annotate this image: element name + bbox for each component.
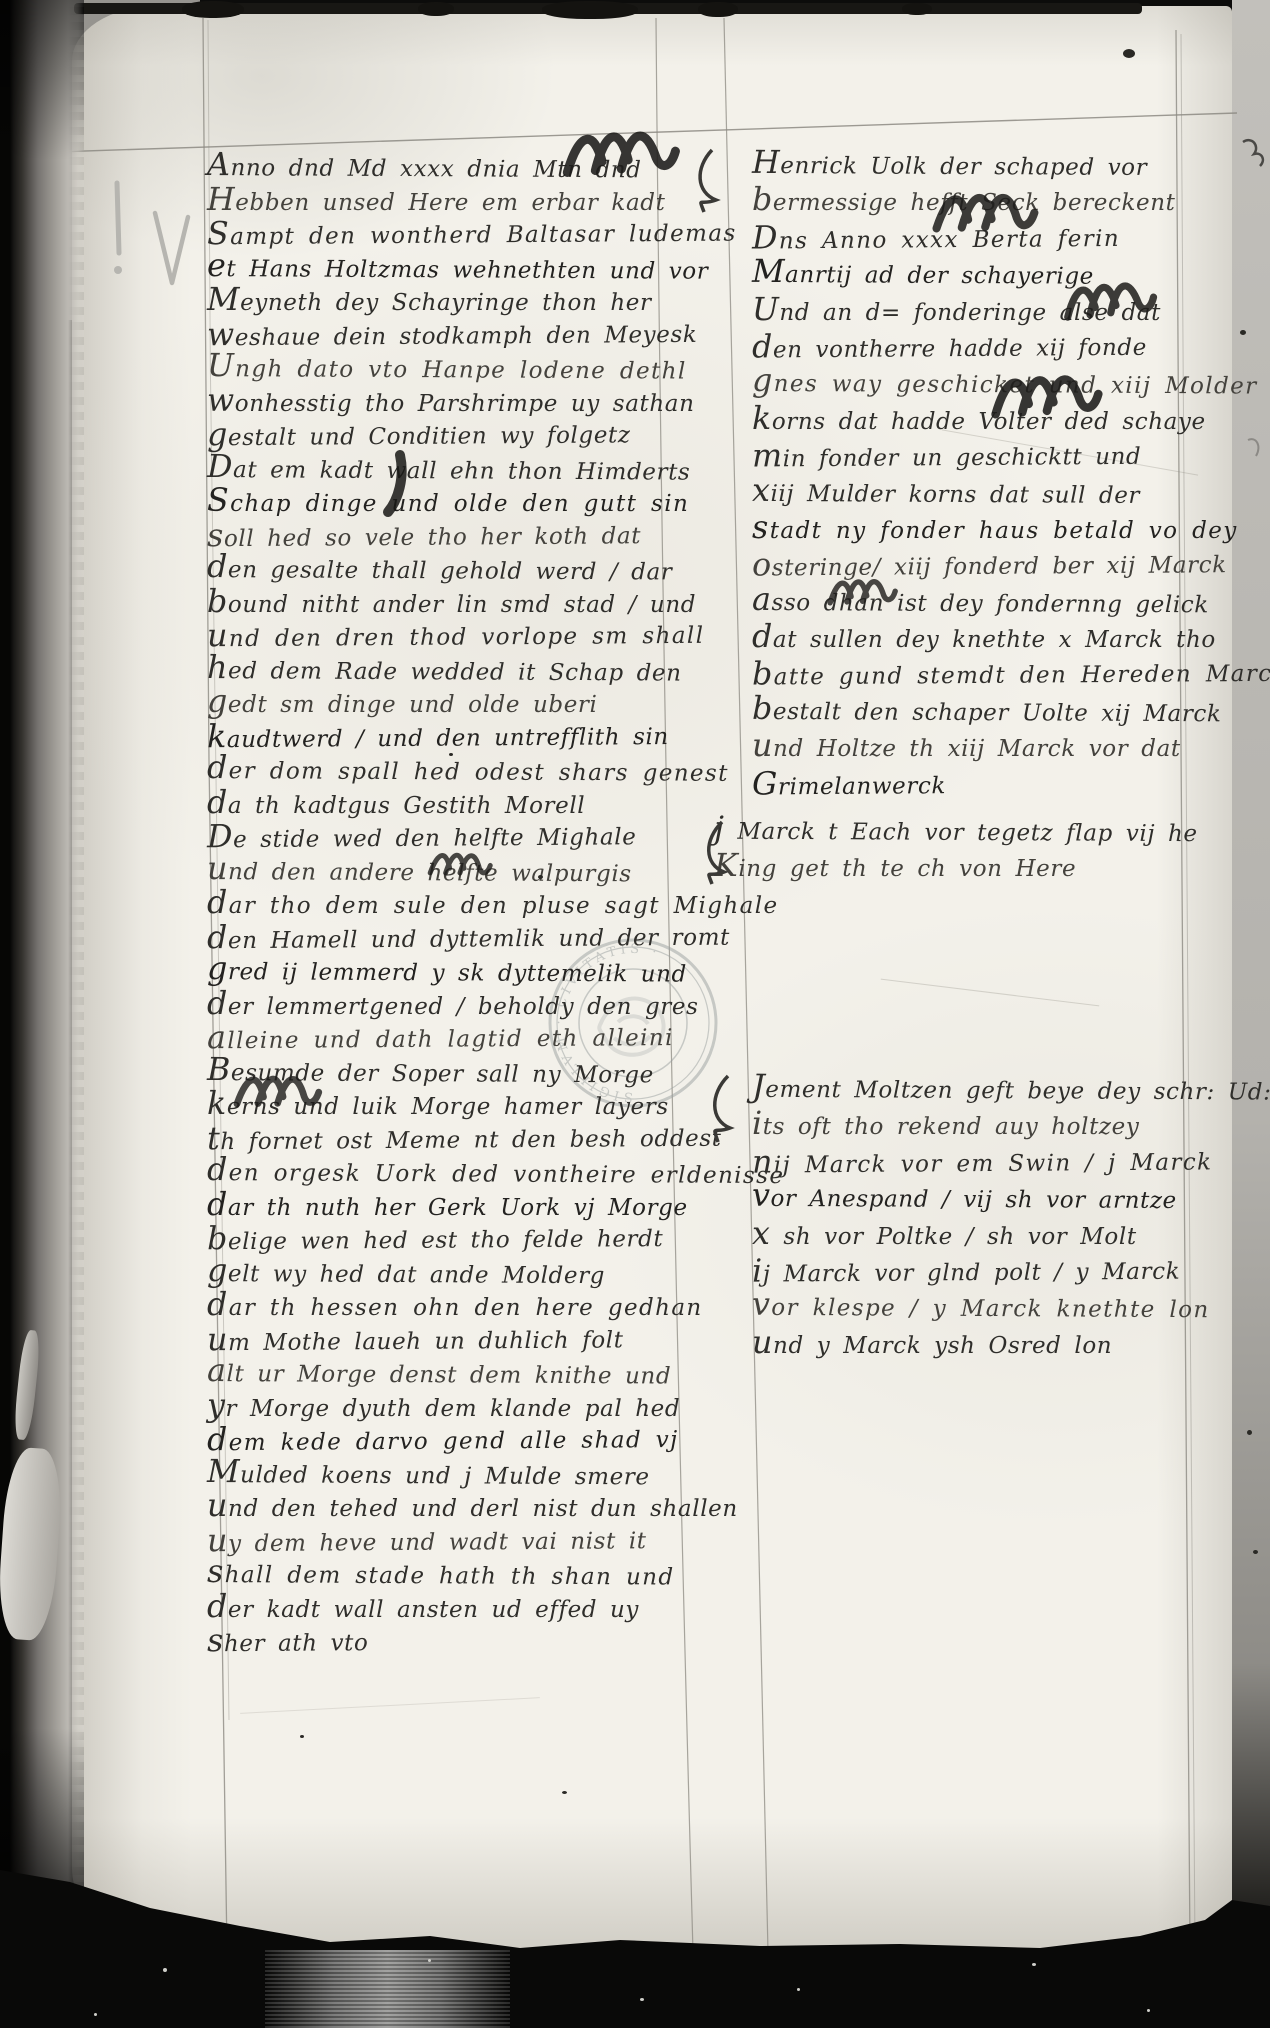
dust-speck xyxy=(94,2013,97,2016)
paraph-mark xyxy=(709,822,724,884)
ink-speck xyxy=(538,875,543,879)
edge-speck xyxy=(1253,1550,1258,1554)
edge-pen-fragment xyxy=(1248,439,1258,456)
edge-blotch xyxy=(698,2,738,17)
edge-pen-fragment xyxy=(1243,140,1263,166)
dust-speck xyxy=(163,1968,167,1972)
edge-blotch xyxy=(542,1,638,19)
dust-speck xyxy=(1147,2009,1150,2012)
numeral-flourish xyxy=(429,852,491,876)
dust-speck xyxy=(428,1959,431,1962)
year-numeral-flourish xyxy=(563,127,677,179)
edge-speck xyxy=(1240,330,1246,335)
ink-speck xyxy=(449,753,453,756)
edge-blotch xyxy=(418,2,454,16)
paraph-mark xyxy=(715,1076,730,1142)
edge-blotch xyxy=(902,3,932,15)
edge-blotch xyxy=(182,1,244,18)
ink-speck xyxy=(300,1735,304,1738)
numeral-flourish xyxy=(828,577,896,607)
scan-reflection xyxy=(265,1950,510,2028)
dust-speck xyxy=(1032,1963,1036,1966)
ink-blot xyxy=(1123,49,1135,58)
book-gutter xyxy=(0,0,84,2028)
numeral-flourish xyxy=(235,1074,320,1109)
numeral-flourish xyxy=(934,191,1036,234)
numeral-flourish xyxy=(992,371,1100,420)
dust-speck xyxy=(797,1988,800,1991)
edge-speck xyxy=(1247,1430,1252,1435)
manuscript-scan: SIGILLVM · CIVITATIS · Anno dnd Md xxxx … xyxy=(0,0,1270,2028)
bold-stroke xyxy=(388,455,402,512)
ink-speck xyxy=(562,1791,567,1794)
ink-flourishes xyxy=(0,0,1270,2028)
paraph-mark xyxy=(700,150,716,212)
dust-speck xyxy=(640,1998,644,2001)
numeral-flourish xyxy=(1064,278,1156,322)
